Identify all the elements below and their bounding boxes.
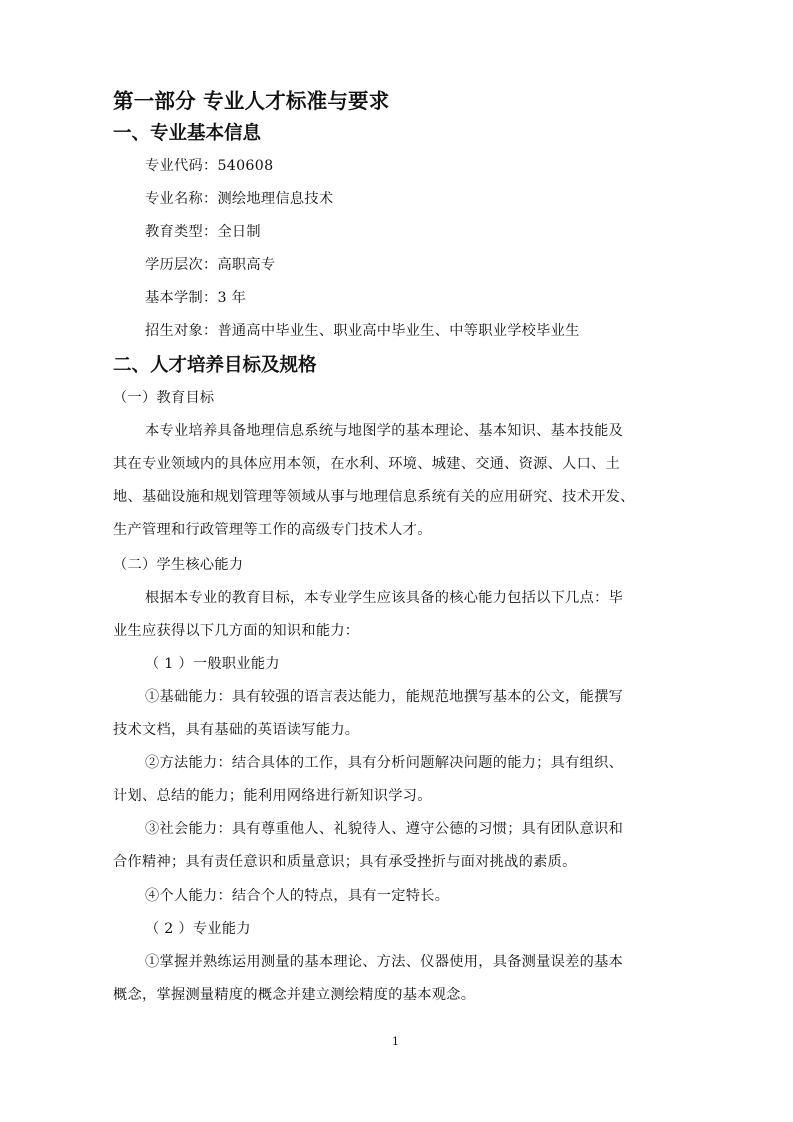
list-item-continuation: 概念，掌握测量精度的概念并建立测绘精度的基本观念。 — [113, 984, 475, 1004]
document-page: 第一部分 专业人才标准与要求 一、专业基本信息 专业代码：540608 专业名称… — [0, 0, 793, 1122]
list-item-continuation: 合作精神；具有责任意识和质量意识；具有承受挫折与面对挑战的素质。 — [113, 851, 577, 871]
section-heading-training-goals: 二、人才培养目标及规格 — [113, 351, 317, 377]
paragraph-line: 其在专业领域内的具体应用本领，在水利、环境、城建、交通、资源、人口、土 — [113, 453, 620, 473]
field-major-name: 专业名称：测绘地理信息技术 — [145, 188, 333, 208]
part-title: 第一部分 专业人才标准与要求 — [113, 84, 389, 114]
list-item: ②方法能力：结合具体的工作，具有分析问题解决问题的能力；具有组织、 — [145, 752, 623, 772]
paragraph-line: 业生应获得以下几方面的知识和能力： — [113, 620, 359, 640]
field-duration: 基本学制：3 年 — [145, 287, 246, 307]
field-enrollment-target: 招生对象：普通高中毕业生、职业高中毕业生、中等职业学校毕业生 — [145, 320, 580, 340]
paragraph-line: 本专业培养具备地理信息系统与地图学的基本理论、基本知识、基本技能及 — [145, 420, 623, 440]
list-item-continuation: 计划、总结的能力；能利用网络进行新知识学习。 — [113, 785, 432, 805]
list-item: ①基础能力：具有较强的语言表达能力，能规范地撰写基本的公文，能撰写 — [145, 686, 623, 706]
field-education-type: 教育类型：全日制 — [145, 221, 261, 241]
list-item: ①掌握并熟练运用测量的基本理论、方法、仪器使用，具备测量误差的基本 — [145, 951, 623, 971]
paragraph-line: 地、基础设施和规划管理等领域从事与地理信息系统有关的应用研究、技术开发、 — [113, 486, 635, 506]
subsection-heading-education-goal: （一）教育目标 — [113, 387, 214, 407]
field-degree-level: 学历层次：高职高专 — [145, 254, 275, 274]
list-item: ④个人能力：结合个人的特点，具有一定特长。 — [145, 885, 449, 905]
paragraph-line: 生产管理和行政管理等工作的高级专门技术人才。 — [113, 519, 432, 539]
section-heading-basic-info: 一、专业基本信息 — [113, 119, 261, 145]
list-heading-professional-abilities: （ 2 ）专业能力 — [145, 918, 251, 938]
subsection-heading-core-abilities: （二）学生核心能力 — [113, 554, 243, 574]
list-heading-general-abilities: （ 1 ）一般职业能力 — [145, 653, 280, 673]
list-item: ③社会能力：具有尊重他人、礼貌待人、遵守公德的习惯；具有团队意识和 — [145, 818, 623, 838]
paragraph-line: 根据本专业的教育目标，本专业学生应该具备的核心能力包括以下几点：毕 — [145, 587, 623, 607]
field-major-code: 专业代码：540608 — [145, 155, 273, 175]
list-item-continuation: 技术文档，具有基础的英语读写能力。 — [113, 719, 359, 739]
page-number: 1 — [392, 1035, 399, 1048]
